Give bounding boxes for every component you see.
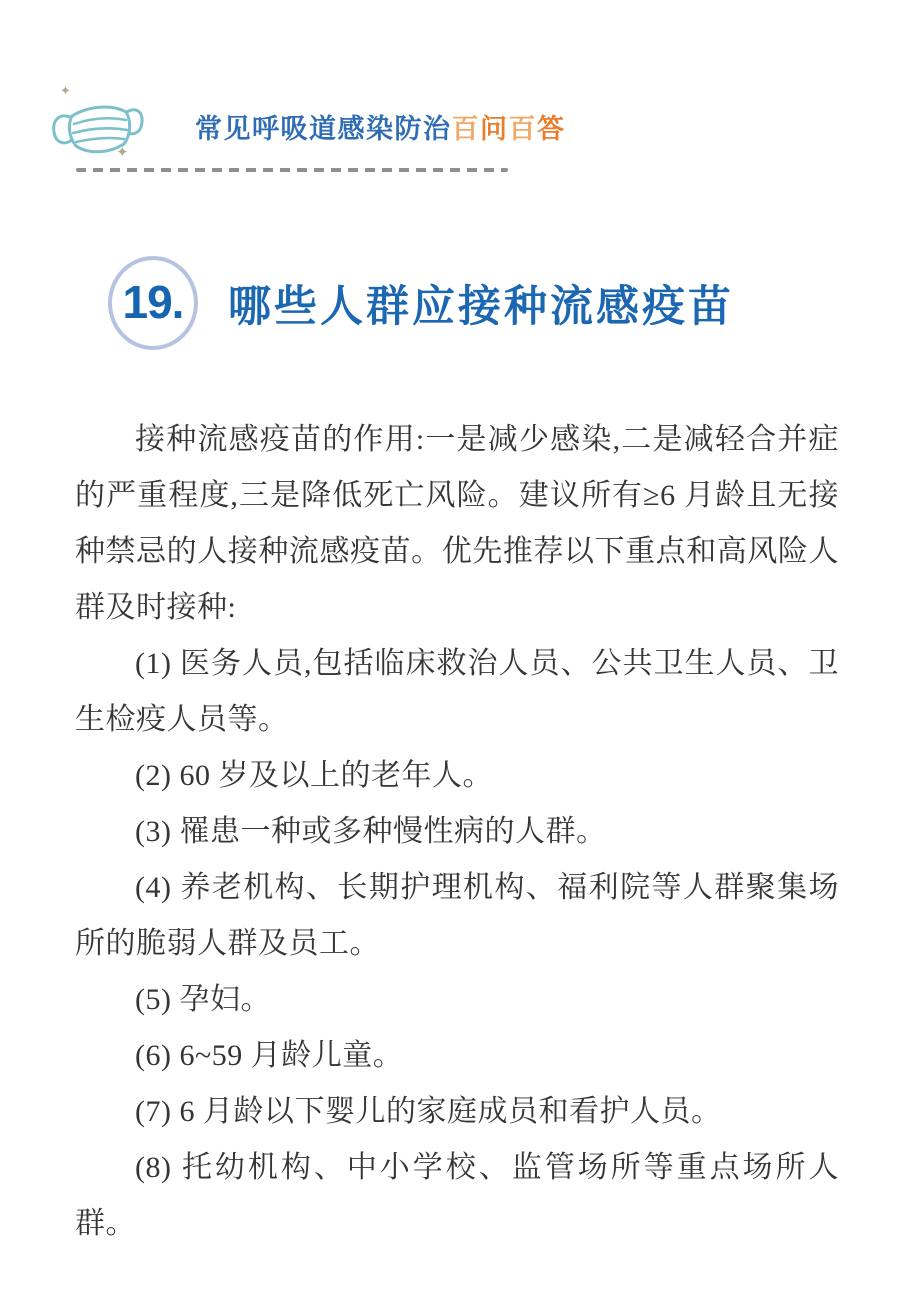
book-title: 常见呼吸道感染防治百问百答	[195, 107, 566, 146]
book-title-accent-char: 百	[452, 114, 481, 144]
question-number: 19.	[123, 275, 184, 332]
face-mask-icon: ✦ ✦	[44, 84, 152, 174]
page: ✦ ✦ 常见呼吸道感染防治百问百答 19. 哪些人群应接种流感疫苗	[0, 0, 913, 1315]
question-number-badge: 19.	[108, 256, 198, 350]
book-title-accent-char: 答	[537, 114, 566, 144]
question-title: 哪些人群应接种流感疫苗	[228, 273, 734, 334]
dashed-divider	[76, 168, 508, 172]
list-item: (7) 6 月龄以下婴儿的家庭成员和看护人员。	[75, 1084, 839, 1140]
list-item: (4) 养老机构、长期护理机构、福利院等人群聚集场所的脆弱人群及员工。	[75, 860, 839, 972]
answer-body: 接种流感疫苗的作用:一是减少感染,二是减轻合并症的严重程度,三是降低死亡风险。建…	[75, 412, 839, 1252]
list-item: (2) 60 岁及以上的老年人。	[75, 748, 839, 804]
intro-paragraph: 接种流感疫苗的作用:一是减少感染,二是减轻合并症的严重程度,三是降低死亡风险。建…	[75, 412, 839, 636]
list-item: (6) 6~59 月龄儿童。	[75, 1028, 839, 1084]
book-title-accent-char: 问	[480, 114, 509, 144]
face-mask-graphic	[50, 92, 146, 166]
list-item: (5) 孕妇。	[75, 972, 839, 1028]
list-item: (3) 罹患一种或多种慢性病的人群。	[75, 804, 839, 860]
book-title-accent: 百问百答	[452, 114, 566, 144]
question-heading: 19. 哪些人群应接种流感疫苗	[108, 256, 734, 350]
list-item: (8) 托幼机构、中小学校、监管场所等重点场所人群。	[75, 1140, 839, 1252]
priority-groups-list: (1) 医务人员,包括临床救治人员、公共卫生人员、卫生检疫人员等。(2) 60 …	[75, 636, 839, 1252]
sparkle-icon: ✦	[116, 146, 129, 161]
book-title-accent-char: 百	[509, 114, 538, 144]
list-item: (1) 医务人员,包括临床救治人员、公共卫生人员、卫生检疫人员等。	[75, 636, 839, 748]
book-title-main: 常见呼吸道感染防治	[195, 114, 452, 144]
